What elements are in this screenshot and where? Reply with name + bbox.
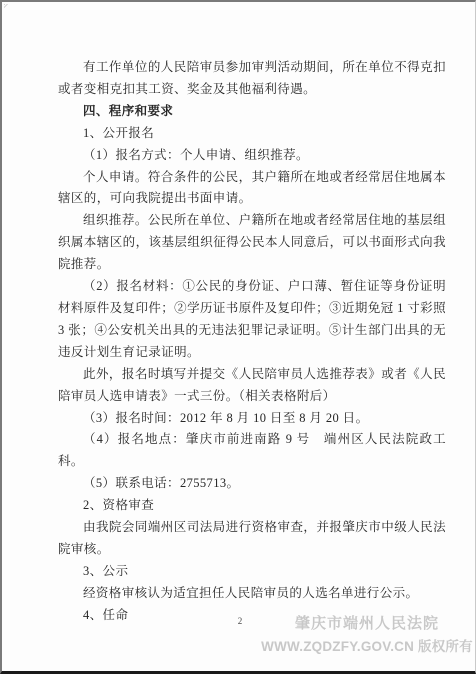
paragraph: 2、资格审查 (58, 495, 446, 517)
paragraph: 由我院会同端州区司法局进行资格审查，并报肇庆市中级人民法院审核。 (58, 517, 446, 561)
paragraph: 有工作单位的人民陪审员参加审判活动期间，所在单位不得克扣或者变相克扣其工资、奖金… (58, 57, 446, 101)
paragraph: （2）报名材料：①公民的身份证、户口薄、暂住证等身份证明材料原件及复印件；②学历… (58, 276, 446, 364)
document-page: 有工作单位的人民陪审员参加审判活动期间，所在单位不得克扣或者变相克扣其工资、奖金… (0, 0, 476, 674)
paragraph: 经资格审核认为适宜担任人民陪审员的人选名单进行公示。 (58, 583, 446, 605)
document-body: 有工作单位的人民陪审员参加审判活动期间，所在单位不得克扣或者变相克扣其工资、奖金… (58, 57, 446, 627)
paragraph: 个人申请。符合条件的公民，其户籍所在地或者经常居住地属本辖区的，可向我院提出书面… (58, 167, 446, 211)
paragraph: （5）联系电话：2755713。 (58, 473, 446, 495)
paragraph: （3）报名时间：2012 年 8 月 10 日至 8 月 20 日。 (58, 408, 446, 430)
paragraph: 1、公开报名 (58, 123, 446, 145)
paragraph: 3、公示 (58, 561, 446, 583)
paragraph: 组织推荐。公民所在单位、户籍所在地或者经常居住地的基层组织属本辖区的，该基层组织… (58, 210, 446, 276)
watermark-copyright: WWW.ZQDZFY.GOV.CN 版权所有 (260, 637, 474, 657)
section-heading: 四、程序和要求 (58, 101, 446, 123)
paragraph: （1）报名方式：个人申请、组织推荐。 (58, 145, 446, 167)
page-number: 2 (2, 616, 476, 626)
paragraph: 此外，报名时填写并提交《人民陪审员人选推荐表》或者《人民陪审员人选申请表》一式三… (58, 364, 446, 408)
paragraph: （4）报名地点：肇庆市前进南路 9 号 端州区人民法院政工科。 (58, 429, 446, 473)
scan-corner-mark (4, 4, 10, 10)
